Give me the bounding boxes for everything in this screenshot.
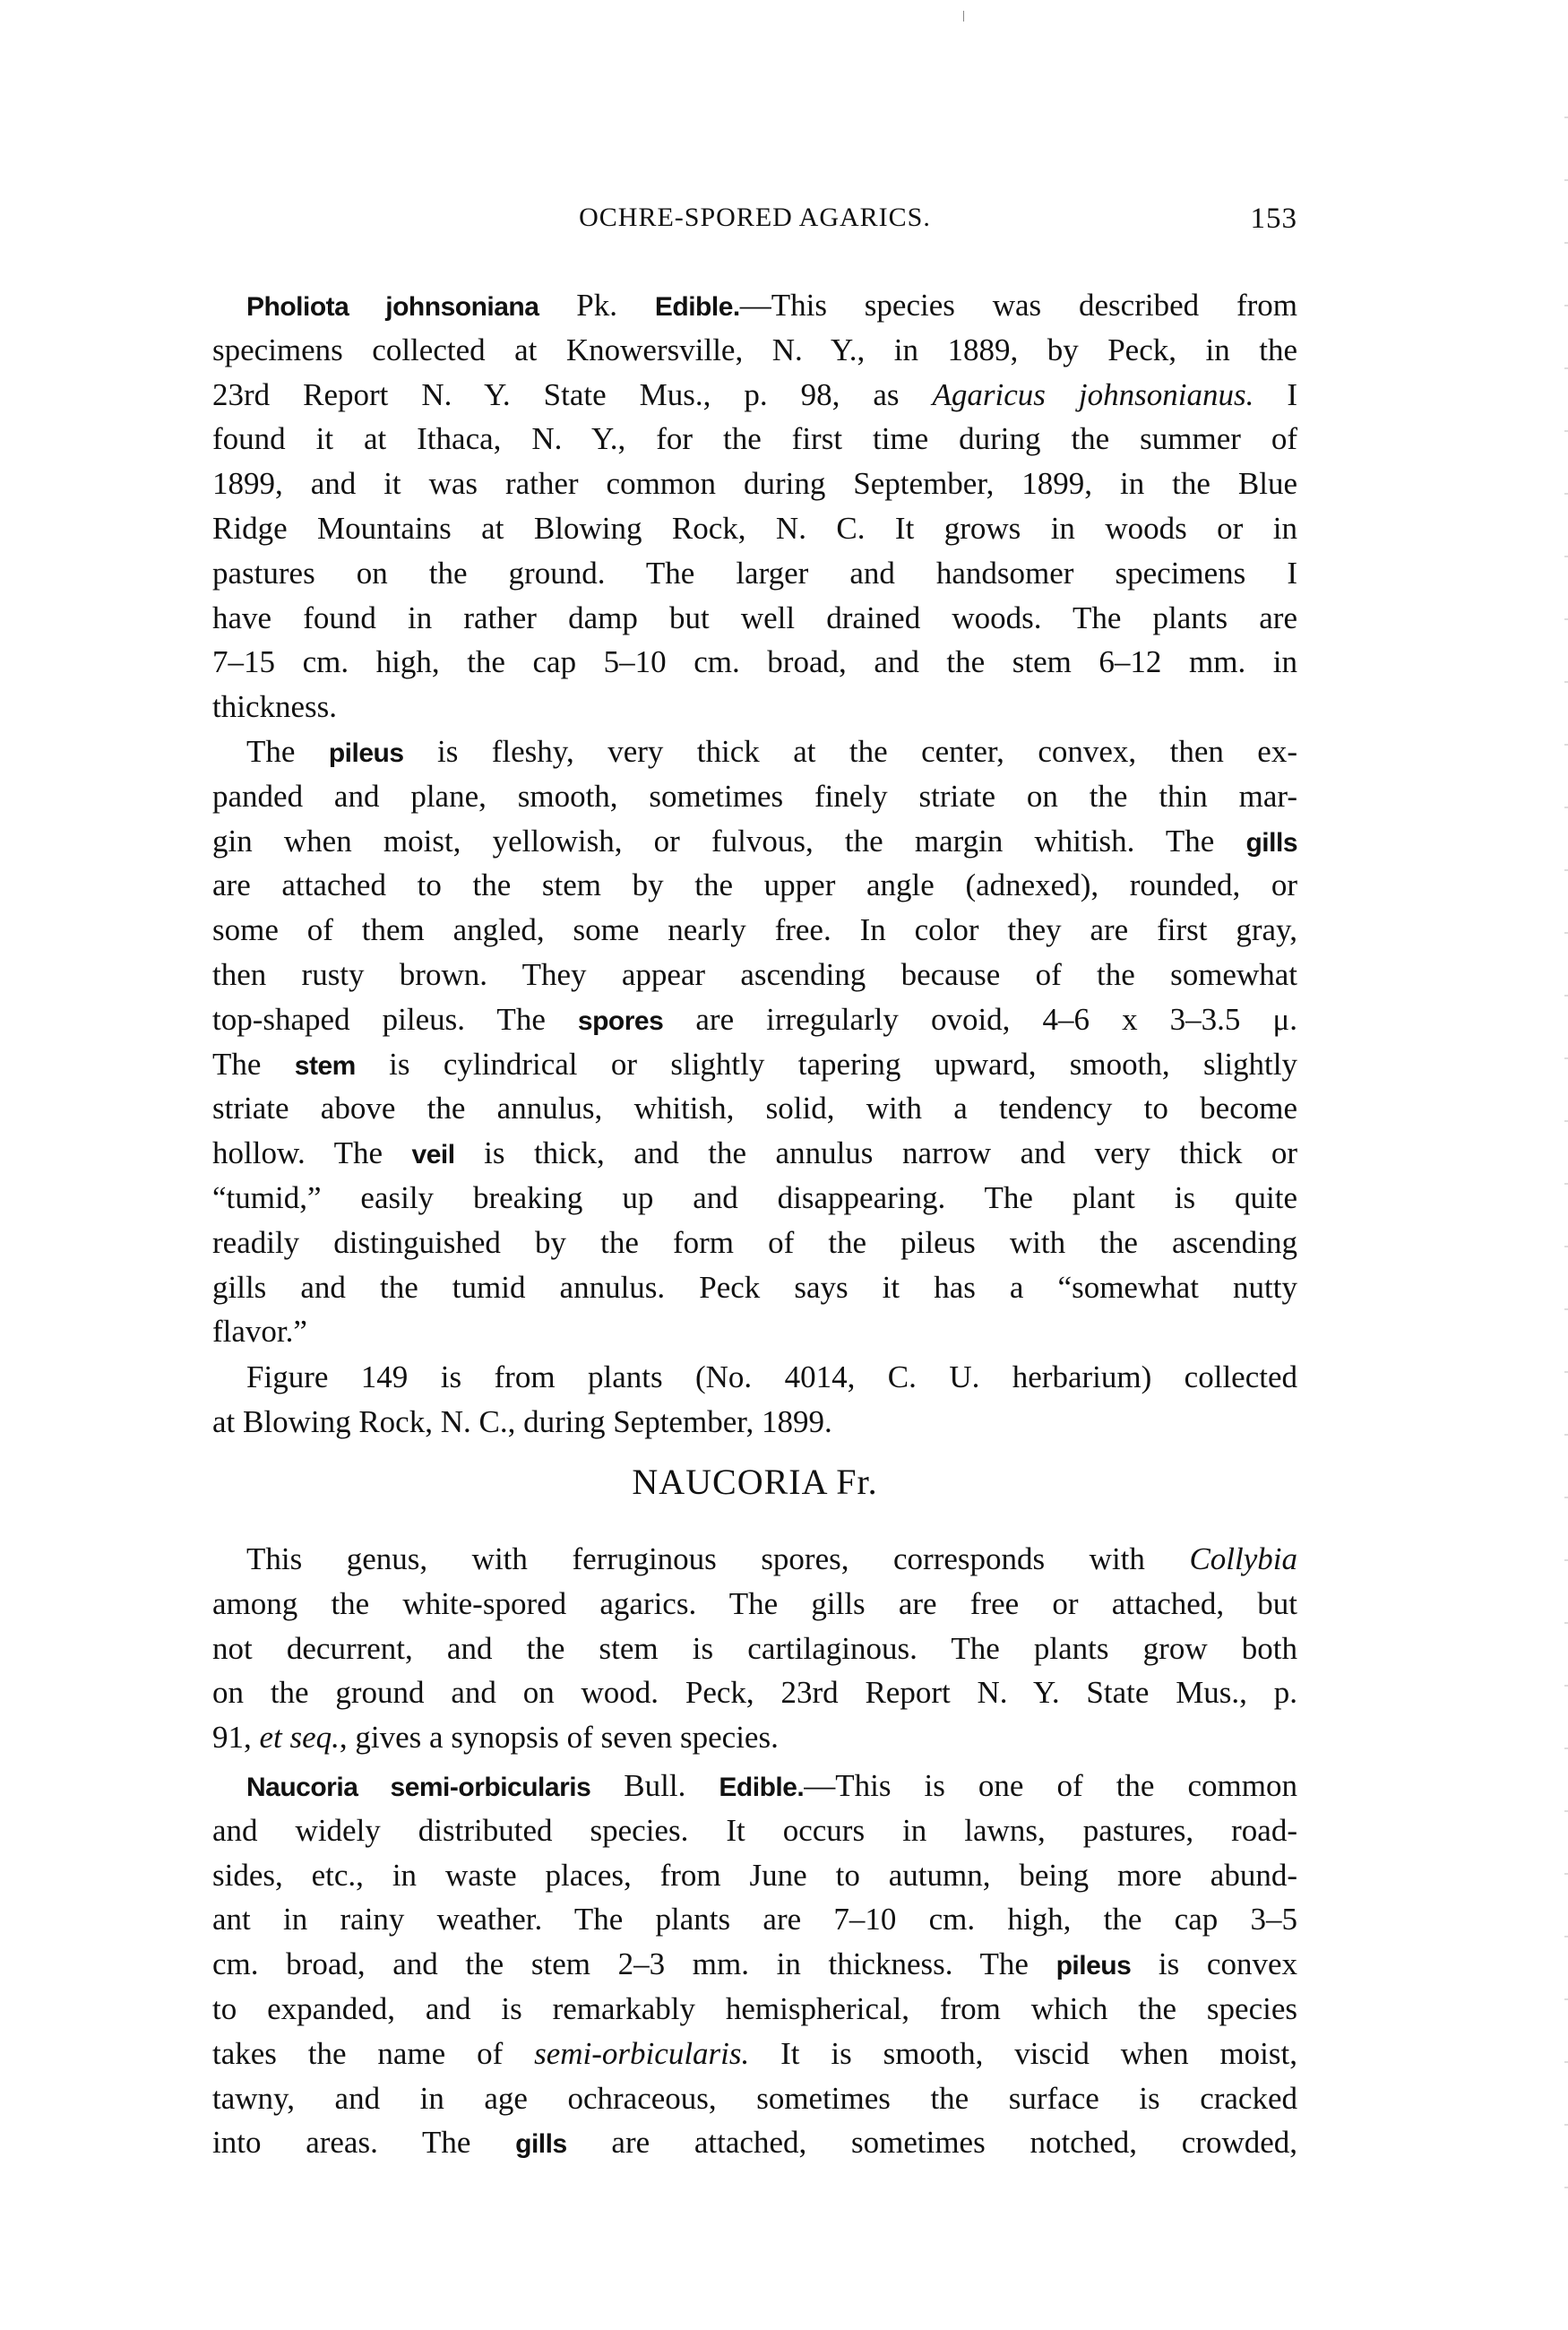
text-line: some of them angled, some nearly free. I… [212,908,1297,953]
text-line: and widely distributed species. It occur… [212,1808,1297,1853]
text-line: 7–15 cm. high, the cap 5–10 cm. broad, a… [212,640,1297,685]
paragraph-figure-note: Figure 149 is from plants (No. 4014, C. … [212,1355,1297,1445]
bold-term: Naucoria semi-orbicularis [246,1773,590,1802]
text-line: at Blowing Rock, N. C., during September… [212,1400,1297,1445]
text-line: This genus, with ferruginous spores, cor… [212,1537,1297,1582]
bold-term: pileus [329,738,404,768]
text-run: ant in rainy weather. The plants are 7–1… [212,1902,1297,1937]
text-run: specimens collected at Knowersville, N. … [212,332,1297,367]
italic-term: semi-orbicularis. [534,2036,749,2071]
text-line: Pholiota johnsoniana Pk. Edible.—This sp… [212,283,1297,328]
text-run: readily distinguished by the form of the… [212,1225,1297,1260]
text-run: cm. broad, and the stem 2–3 mm. in thick… [212,1946,1056,1981]
text-run: This genus, with ferruginous spores, cor… [246,1541,1189,1576]
text-run: is cylindrical or slightly tapering upwa… [356,1047,1297,1082]
text-run: I [1254,377,1297,412]
text-run: 23rd Report N. Y. State Mus., p. 98, as [212,377,933,412]
text-line: 23rd Report N. Y. State Mus., p. 98, as … [212,373,1297,418]
paragraph-naucoria-intro: This genus, with ferruginous spores, cor… [212,1537,1297,1760]
text-run: The [212,1047,295,1082]
text-run: are irregularly ovoid, 4–6 x 3–3.5 μ. [663,1002,1297,1037]
text-run: top-shaped pileus. The [212,1002,578,1037]
text-run: not decurrent, and the stem is cartilagi… [212,1631,1297,1666]
text-line: “tumid,” easily breaking up and disappea… [212,1176,1297,1221]
text-line: panded and plane, smooth, sometimes fine… [212,774,1297,819]
text-line: Figure 149 is from plants (No. 4014, C. … [212,1355,1297,1400]
text-run: is fleshy, very thick at the center, con… [404,734,1297,769]
text-run: , gives a synopsis of seven species. [340,1720,779,1755]
scan-mark [963,11,964,22]
page-number: 153 [1251,203,1298,236]
text-line: Ridge Mountains at Blowing Rock, N. C. I… [212,506,1297,551]
text-run: are attached to the stem by the upper an… [212,867,1297,902]
text-line: sides, etc., in waste places, from June … [212,1853,1297,1898]
text-line: cm. broad, and the stem 2–3 mm. in thick… [212,1942,1297,1987]
text-line: into areas. The gills are attached, some… [212,2120,1297,2165]
italic-term: et seq. [260,1720,340,1755]
paragraph-pholiota-description: The pileus is fleshy, very thick at the … [212,729,1297,1354]
text-run: gills and the tumid annulus. Peck says i… [212,1270,1297,1305]
text-line: tawny, and in age ochraceous, sometimes … [212,2076,1297,2121]
text-line: The pileus is fleshy, very thick at the … [212,729,1297,774]
text-run: 1899, and it was rather common during Se… [212,466,1297,501]
section-heading-naucoria: NAUCORIA Fr. [212,1461,1297,1503]
text-line: found it at Ithaca, N. Y., for the first… [212,417,1297,462]
bold-term: stem [295,1051,356,1081]
text-line: thickness. [212,685,1297,729]
text-run: gin when moist, yellowish, or fulvous, t… [212,824,1245,859]
text-run: —This species was described from [740,288,1297,323]
text-line: not decurrent, and the stem is cartilagi… [212,1627,1297,1671]
text-line: pastures on the ground. The larger and h… [212,551,1297,596]
text-line: flavor.” [212,1309,1297,1354]
text-run: found it at Ithaca, N. Y., for the first… [212,421,1297,456]
text-run: at Blowing Rock, N. C., during September… [212,1404,832,1439]
text-run: into areas. The [212,2125,515,2160]
text-run: have found in rather damp but well drain… [212,600,1297,635]
text-line: The stem is cylindrical or slightly tape… [212,1042,1297,1087]
bold-term: Edible. [655,292,740,322]
text-run: are attached, sometimes notched, crowded… [567,2125,1297,2160]
text-line: are attached to the stem by the upper an… [212,863,1297,908]
text-run: on the ground and on wood. Peck, 23rd Re… [212,1675,1297,1710]
bold-term: veil [412,1140,455,1169]
bold-term: gills [515,2129,567,2159]
text-run: flavor.” [212,1314,307,1349]
text-line: 1899, and it was rather common during Se… [212,462,1297,506]
text-line: among the white-spored agarics. The gill… [212,1582,1297,1627]
text-line: to expanded, and is remarkably hemispher… [212,1987,1297,2032]
book-page: OCHRE-SPORED AGARICS. 153 Pholiota johns… [0,0,1568,2330]
bold-term: Pholiota johnsoniana [246,292,538,322]
italic-term: Agaricus johnsonianus. [933,377,1254,412]
text-line: hollow. The veil is thick, and the annul… [212,1131,1297,1176]
paragraph-pholiota-johnsoniana: Pholiota johnsoniana Pk. Edible.—This sp… [212,283,1297,729]
text-run: panded and plane, smooth, sometimes fine… [212,779,1297,814]
text-line: Naucoria semi-orbicularis Bull. Edible.—… [212,1764,1297,1808]
scan-edge-noise [1564,90,1568,2240]
text-line: gin when moist, yellowish, or fulvous, t… [212,819,1297,864]
text-run: 91, [212,1720,260,1755]
text-run: Pk. [538,288,654,323]
italic-term: Collybia [1189,1541,1297,1576]
text-run: tawny, and in age ochraceous, sometimes … [212,2081,1297,2116]
text-run: pastures on the ground. The larger and h… [212,556,1297,591]
text-line: takes the name of semi-orbicularis. It i… [212,2032,1297,2076]
text-run: and widely distributed species. It occur… [212,1813,1297,1848]
text-line: ant in rainy weather. The plants are 7–1… [212,1897,1297,1942]
text-run: The [246,734,329,769]
text-run: striate above the annulus, whitish, soli… [212,1091,1297,1126]
running-head: OCHRE-SPORED AGARICS. 153 [212,195,1297,240]
text-line: striate above the annulus, whitish, soli… [212,1086,1297,1131]
text-line: then rusty brown. They appear ascending … [212,953,1297,997]
text-line: 91, et seq., gives a synopsis of seven s… [212,1715,1297,1760]
bold-term: pileus [1056,1951,1132,1980]
bold-term: spores [578,1006,663,1036]
text-run: to expanded, and is remarkably hemispher… [212,1991,1297,2026]
running-head-title: OCHRE-SPORED AGARICS. [212,203,1297,233]
text-run: is convex [1131,1946,1297,1981]
text-run: Figure 149 is from plants (No. 4014, C. … [246,1359,1297,1394]
text-line: gills and the tumid annulus. Peck says i… [212,1265,1297,1310]
bold-term: gills [1245,828,1297,858]
text-run: Bull. [590,1768,719,1803]
text-run: takes the name of [212,2036,534,2071]
text-run: “tumid,” easily breaking up and disappea… [212,1180,1297,1215]
text-line: have found in rather damp but well drain… [212,596,1297,641]
text-line: on the ground and on wood. Peck, 23rd Re… [212,1670,1297,1715]
text-line: specimens collected at Knowersville, N. … [212,328,1297,373]
text-run: some of them angled, some nearly free. I… [212,912,1297,947]
text-line: readily distinguished by the form of the… [212,1221,1297,1265]
text-run: thickness. [212,689,337,724]
text-run: Ridge Mountains at Blowing Rock, N. C. I… [212,511,1297,546]
text-run: then rusty brown. They appear ascending … [212,957,1297,992]
text-run: —This is one of the common [804,1768,1297,1803]
text-run: is thick, and the annulus narrow and ver… [455,1135,1297,1170]
paragraph-naucoria-semi-orbicularis: Naucoria semi-orbicularis Bull. Edible.—… [212,1764,1297,2165]
text-run: among the white-spored agarics. The gill… [212,1586,1297,1621]
text-run: It is smooth, viscid when moist, [749,2036,1297,2071]
bold-term: Edible. [719,1773,804,1802]
text-run: sides, etc., in waste places, from June … [212,1858,1297,1893]
text-run: 7–15 cm. high, the cap 5–10 cm. broad, a… [212,644,1297,679]
text-line: top-shaped pileus. The spores are irregu… [212,997,1297,1042]
text-run: hollow. The [212,1135,412,1170]
